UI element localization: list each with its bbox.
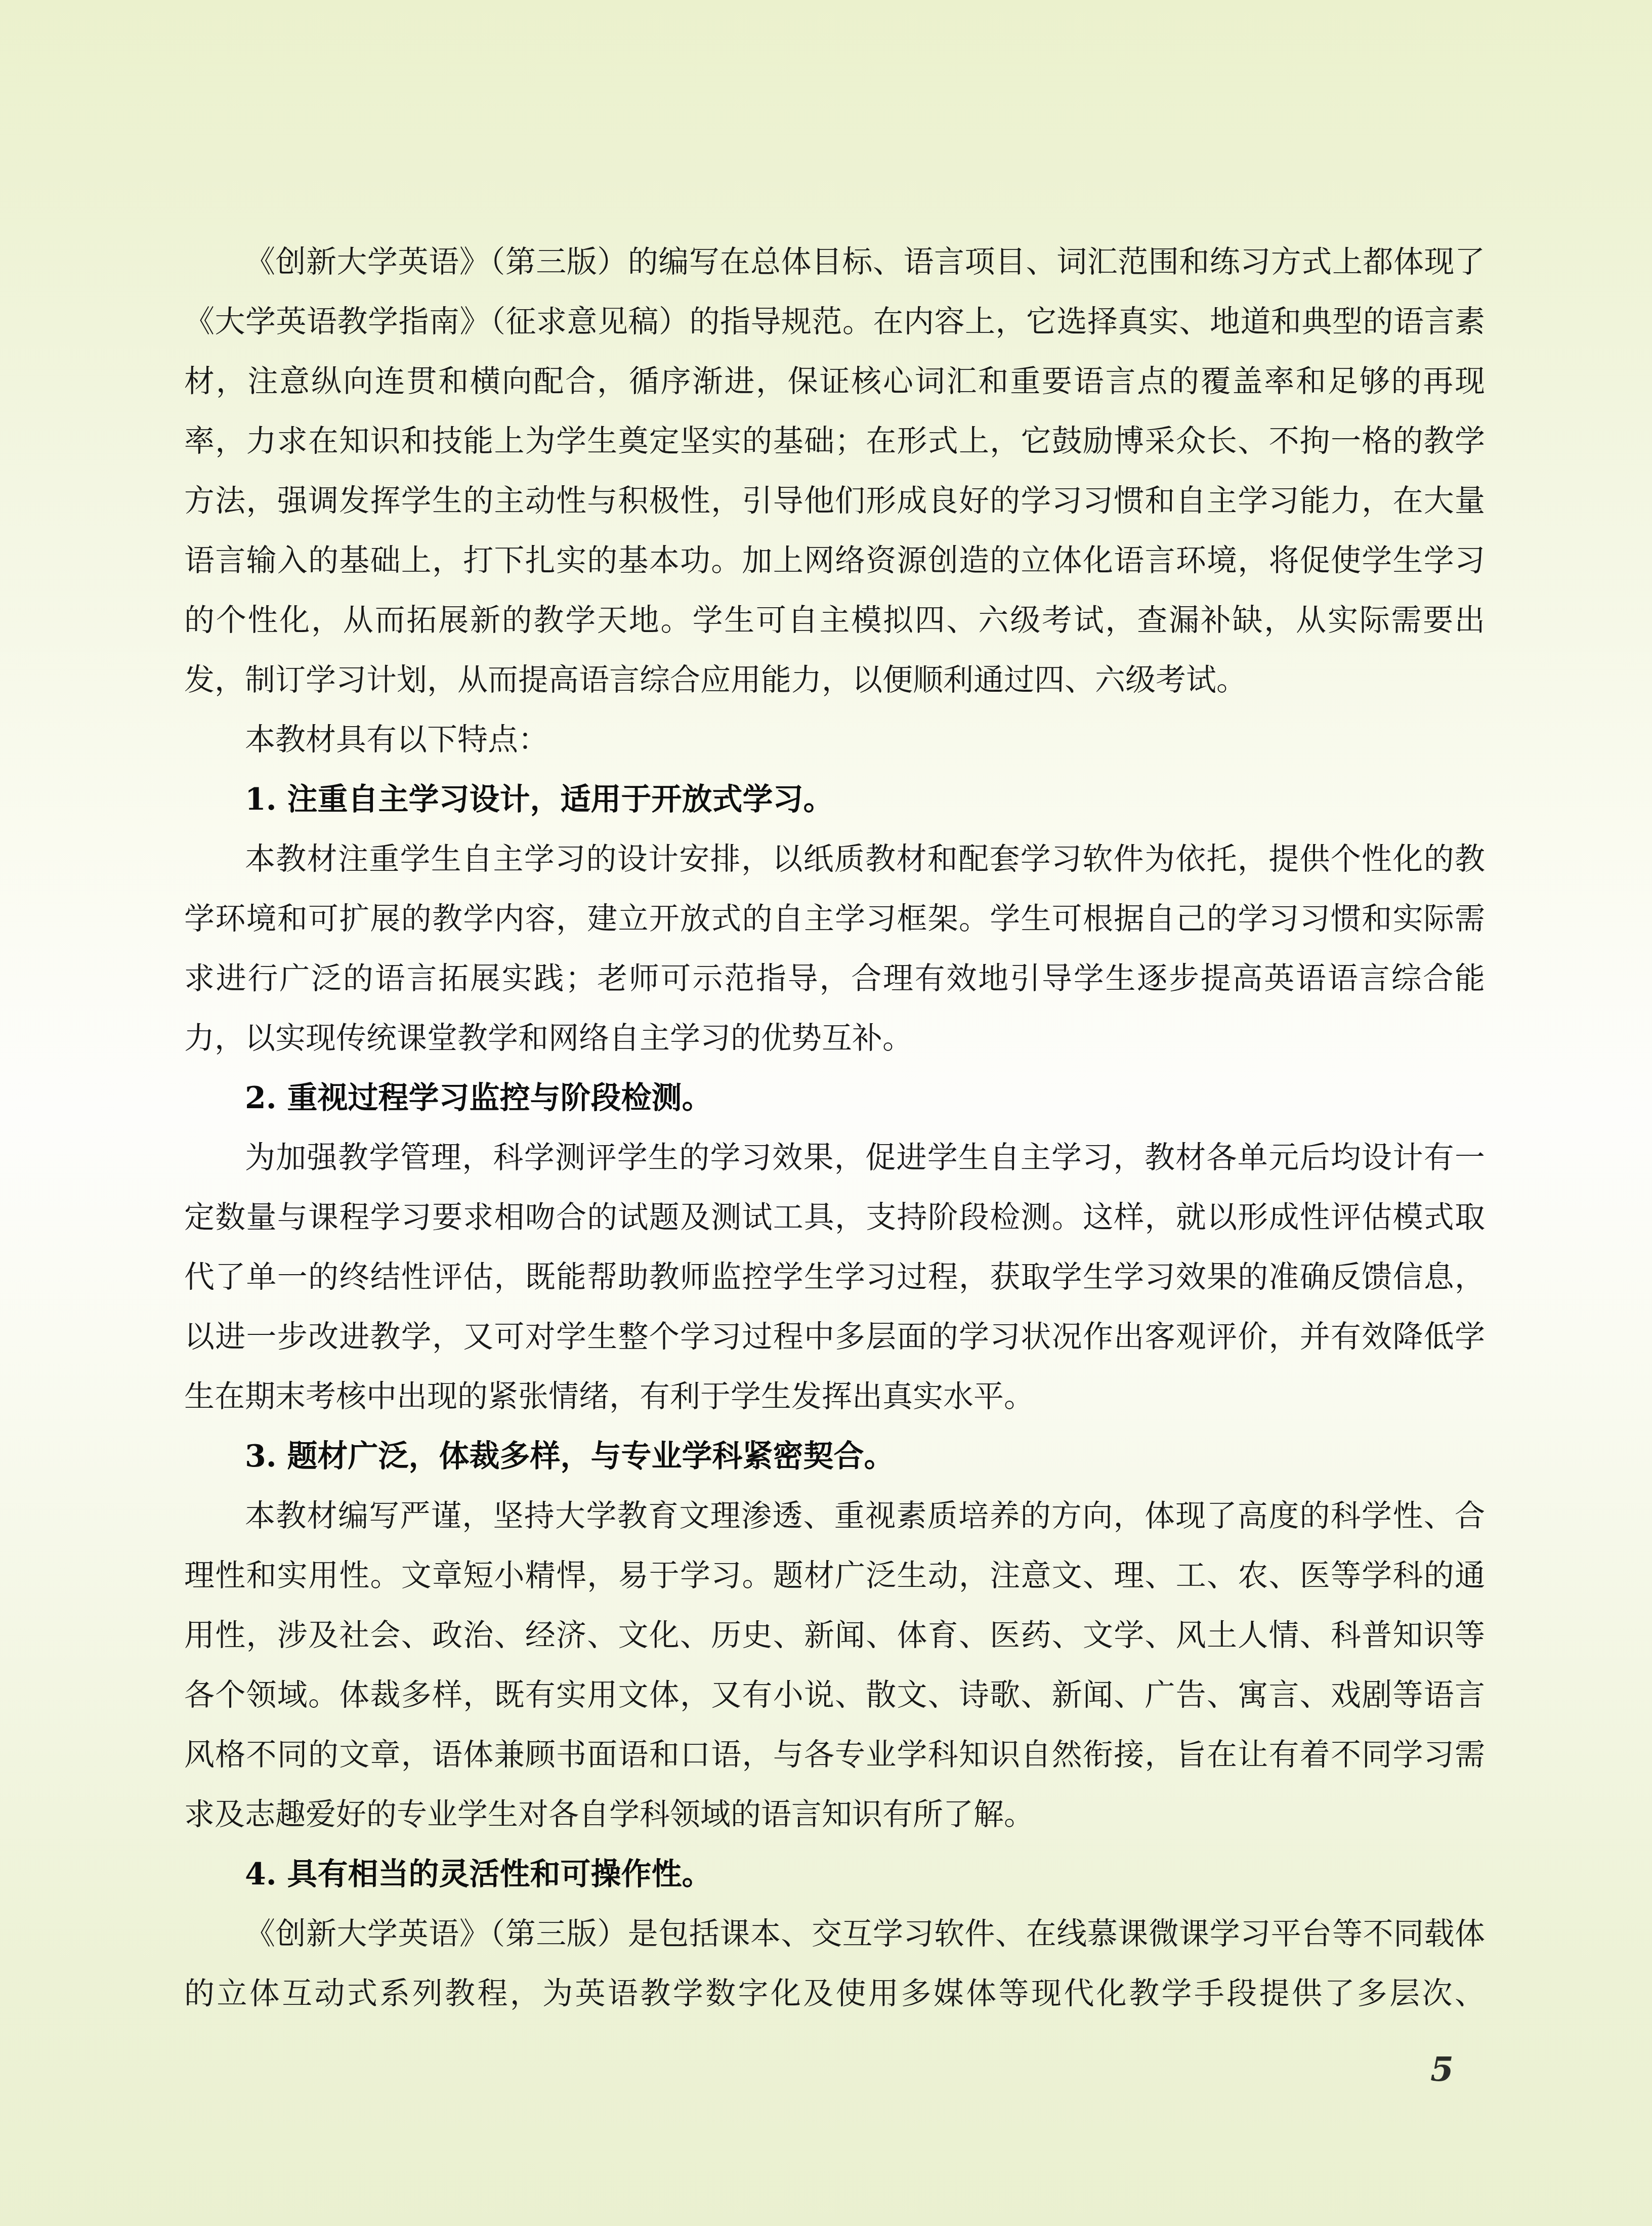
feature-4-body: 《创新大学英语》（第三版）是包括课本、交互学习软件、在线慕课微课学习平台等不同载… xyxy=(184,1904,1485,2024)
text-content: 《创新大学英语》（第三版）的编写在总体目标、语言项目、词汇范围和练习方式上都体现… xyxy=(184,232,1485,2024)
feature-3-body: 本教材编写严谨，坚持大学教育文理渗透、重视素质培养的方向，体现了高度的科学性、合… xyxy=(184,1486,1485,1844)
features-intro: 本教材具有以下特点： xyxy=(184,710,1485,770)
document-page: { "page": { "number": "5", "background_t… xyxy=(0,0,1652,2226)
intro-paragraph: 《创新大学英语》（第三版）的编写在总体目标、语言项目、词汇范围和练习方式上都体现… xyxy=(184,232,1485,710)
feature-2-body: 为加强教学管理，科学测评学生的学习效果，促进学生自主学习，教材各单元后均设计有一… xyxy=(184,1128,1485,1426)
feature-1-title: 1. 注重自主学习设计，适用于开放式学习。 xyxy=(184,770,1485,829)
feature-2-title: 2. 重视过程学习监控与阶段检测。 xyxy=(184,1068,1485,1128)
page-number: 5 xyxy=(1430,2052,1454,2086)
feature-3-title: 3. 题材广泛，体裁多样，与专业学科紧密契合。 xyxy=(184,1426,1485,1486)
feature-1-body: 本教材注重学生自主学习的设计安排，以纸质教材和配套学习软件为依托，提供个性化的教… xyxy=(184,829,1485,1068)
feature-4-title: 4. 具有相当的灵活性和可操作性。 xyxy=(184,1844,1485,1904)
